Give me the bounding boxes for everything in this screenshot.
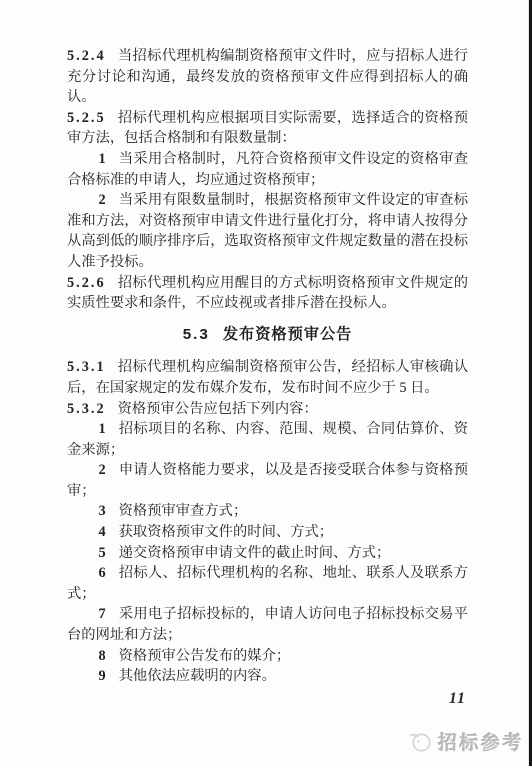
list-item: 2当采用有限数量制时，根据资格预审文件设定的审查标准和方法，对资格预审申请文件进… [67, 190, 468, 272]
clause-paragraph: 5.2.4当招标代理机构编制资格预审文件时，应与招标人进行充分讨论和沟通，最终发… [67, 46, 468, 108]
item-number: 9 [98, 668, 105, 684]
item-text: 招标人、招标代理机构的名称、地址、联系人及联系方式； [67, 565, 468, 602]
clause-text: 招标代理机构应用醒目的方式标明资格预审文件规定的实质性要求和条件，不应歧视或者排… [67, 275, 468, 312]
item-text: 当采用有限数量制时，根据资格预审文件设定的审查标准和方法，对资格预审申请文件进行… [67, 192, 468, 270]
list-item: 9其他依法应载明的内容。 [67, 666, 468, 687]
section-number: 5.3 [183, 326, 210, 343]
item-text: 获取资格预审文件的时间、方式； [119, 524, 333, 540]
list-item: 8资格预审公告发布的媒介； [67, 646, 468, 667]
doc-content: 5.2.4当招标代理机构编制资格预审文件时，应与招标人进行充分讨论和沟通，最终发… [67, 46, 468, 687]
item-text: 采用电子招标投标的，申请人访问电子招标投标交易平台的网址和方法； [67, 606, 468, 643]
item-number: 5 [98, 545, 105, 561]
item-number: 2 [98, 462, 105, 478]
list-item: 7采用电子招标投标的，申请人访问电子招标投标交易平台的网址和方法； [67, 604, 468, 645]
clause-paragraph: 5.2.6招标代理机构应用醒目的方式标明资格预审文件规定的实质性要求和条件，不应… [67, 273, 468, 314]
watermark-text: 招标参考 [438, 728, 524, 755]
item-number: 4 [98, 524, 105, 540]
clause-text: 招标代理机构应编制资格预审公告，经招标人审核确认后，在国家规定的发布媒介发布，发… [67, 359, 468, 396]
clause-text: 当招标代理机构编制资格预审文件时，应与招标人进行充分讨论和沟通，最终发放的资格预… [67, 48, 468, 105]
page-number: 11 [449, 690, 466, 708]
item-text: 其他依法应载明的内容。 [119, 668, 276, 684]
document-page: 5.2.4当招标代理机构编制资格预审文件时，应与招标人进行充分讨论和沟通，最终发… [0, 0, 532, 766]
clause-paragraph: 5.3.1招标代理机构应编制资格预审公告，经招标人审核确认后，在国家规定的发布媒… [67, 357, 468, 398]
item-text: 资格预审审查方式； [119, 503, 248, 519]
clause-text: 资格预审公告应包括下列内容： [118, 401, 318, 417]
section-title: 发布资格预审公告 [223, 326, 353, 343]
clause-text: 招标代理机构应根据项目实际需要，选择适合的资格预审方法，包括合格制和有限数量制： [67, 110, 468, 147]
item-text: 当采用合格制时，凡符合资格预审文件设定的资格审查合格标准的申请人，均应通过资格预… [67, 151, 468, 188]
clause-number: 5.3.2 [67, 401, 106, 417]
clause-paragraph: 5.3.2资格预审公告应包括下列内容： [67, 399, 468, 420]
list-item: 1当采用合格制时，凡符合资格预审文件设定的资格审查合格标准的申请人，均应通过资格… [67, 149, 468, 190]
list-item: 3资格预审审查方式； [67, 501, 468, 522]
section-heading: 5.3发布资格预审公告 [67, 325, 468, 346]
list-item: 4获取资格预审文件的时间、方式； [67, 522, 468, 543]
clause-number: 5.2.4 [67, 48, 106, 64]
watermark: 招标参考 [408, 728, 524, 755]
item-number: 3 [98, 503, 105, 519]
item-number: 7 [98, 606, 105, 622]
item-number: 1 [98, 151, 105, 167]
list-item: 5递交资格预审申请文件的截止时间、方式； [67, 543, 468, 564]
item-number: 1 [98, 421, 105, 437]
item-number: 6 [98, 565, 105, 581]
item-number: 2 [98, 192, 105, 208]
item-text: 申请人资格能力要求，以及是否接受联合体参与资格预审； [67, 462, 468, 499]
clause-number: 5.3.1 [67, 359, 106, 375]
list-item: 2申请人资格能力要求，以及是否接受联合体参与资格预审； [67, 460, 468, 501]
item-number: 8 [98, 648, 105, 664]
watermark-logo-icon [408, 729, 433, 754]
item-text: 资格预审公告发布的媒介； [119, 648, 291, 664]
clause-number: 5.2.6 [67, 275, 106, 291]
item-text: 招标项目的名称、内容、范围、规模、合同估算价、资金来源； [67, 421, 468, 458]
item-text: 递交资格预审申请文件的截止时间、方式； [119, 545, 391, 561]
list-item: 6招标人、招标代理机构的名称、地址、联系人及联系方式； [67, 563, 468, 604]
clause-paragraph: 5.2.5招标代理机构应根据项目实际需要，选择适合的资格预审方法，包括合格制和有… [67, 108, 468, 149]
list-item: 1招标项目的名称、内容、范围、规模、合同估算价、资金来源； [67, 419, 468, 460]
clause-number: 5.2.5 [67, 110, 106, 126]
